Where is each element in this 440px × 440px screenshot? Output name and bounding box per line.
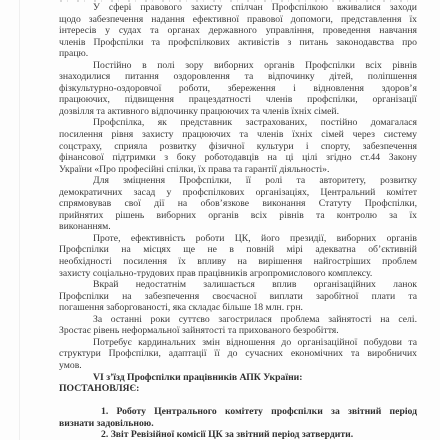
text-line: щодо забезпечення надання ефективної пра… [59, 14, 417, 26]
text-line: Профспілка, як представник застрахованих… [59, 117, 417, 129]
paragraph: VI з’їзд Профспілки працівників АПК Укра… [59, 372, 417, 384]
paragraph: За останні роки суттєво загострилася про… [59, 314, 417, 337]
text-line: Для зміцнення Профспілки, її ролі та авт… [59, 175, 417, 187]
text-line: ПОСТАНОВЛЯЄ: [59, 383, 417, 395]
text-line: працюючих, підвищення працездатності чле… [59, 94, 417, 106]
paragraph: 1. Роботу Центрального комітету профспіл… [59, 406, 417, 429]
text-line: 1. Роботу Центрального комітету профспіл… [59, 406, 417, 418]
paragraph: Проте, ефективність роботи ЦК, його през… [59, 233, 417, 279]
text-line: демократичних засад у профспілкових орга… [59, 187, 417, 199]
text-line: Проте, ефективність роботи ЦК, його през… [59, 233, 417, 245]
text-line: визнати задовільною. [59, 418, 417, 430]
paragraph: ПОСТАНОВЛЯЄ: [59, 383, 417, 395]
text-line: знаходилися питання оздоровлення та відп… [59, 71, 417, 83]
document-text-block: У сфері правового захисту спілчан Профсп… [59, 2, 417, 440]
text-line: VI з’їзд Профспілки працівників АПК Укра… [59, 372, 417, 384]
text-line: 2. Звіт Ревізійної комісії ЦК за звітний… [59, 429, 417, 440]
text-line: Постійно в полі зору виборних органів Пр… [59, 60, 417, 72]
paragraph: Постійно в полі зору виборних органів Пр… [59, 60, 417, 118]
document-page: У сфері правового захисту спілчан Профсп… [0, 0, 440, 440]
text-line: прийнятих рішень виборних органів всіх р… [59, 210, 417, 222]
text-line: України «Про професійні спілки, їх права… [59, 164, 417, 176]
text-line: Профспілки на забезпечення своєчасної ви… [59, 291, 417, 303]
text-line: структури Профспілки, адаптації її до су… [59, 348, 417, 360]
text-line: членів Профспілки та профспілкових актив… [59, 37, 417, 49]
text-line: погашення заборгованості, яка складає бі… [59, 302, 417, 314]
text-line: фізкультурно-оздоровчої роботи, збережен… [59, 83, 417, 95]
text-line: За останні роки суттєво загострилася про… [59, 314, 417, 326]
text-line: посилення рівня захисту працюючих та чле… [59, 129, 417, 141]
text-line: Профспілки на місцях ще не в повній мірі… [59, 244, 417, 256]
text-line: спрямовував свої дії на обов’язкове вико… [59, 198, 417, 210]
text-line: У сфері правового захисту спілчан Профсп… [59, 2, 417, 14]
scan-edge-artifact [19, 0, 20, 440]
paragraph: Профспілка, як представник застрахованих… [59, 117, 417, 175]
paragraph: Для зміцнення Профспілки, її ролі та авт… [59, 175, 417, 233]
text-line: Вкрай недостатнім залишається вплив орга… [59, 279, 417, 291]
text-line: дозвілля та активного відпочинку працююч… [59, 106, 417, 118]
text-line: фінансової підтримки з боку роботодавців… [59, 152, 417, 164]
text-line: виконанням. [59, 221, 417, 233]
paragraph: Вкрай недостатнім залишається вплив орга… [59, 279, 417, 314]
text-line: Потребує кардинальних змін відношення до… [59, 337, 417, 349]
paragraph: Потребує кардинальних змін відношення до… [59, 337, 417, 372]
text-line: Зростає рівень неформальної зайнятості т… [59, 325, 417, 337]
text-line: захисту соціально-трудових прав працівни… [59, 268, 417, 280]
paragraph: 2. Звіт Ревізійної комісії ЦК за звітний… [59, 429, 417, 440]
paragraph: У сфері правового захисту спілчан Профсп… [59, 2, 417, 60]
text-line: соцстраху, сприяла розвитку фізичної кул… [59, 141, 417, 153]
text-line: необхідності посилення їх впливу на вирі… [59, 256, 417, 268]
text-line: працю. [59, 48, 417, 60]
text-line: інтересів у судах та органах державного … [59, 25, 417, 37]
text-line: умов. [59, 360, 417, 372]
